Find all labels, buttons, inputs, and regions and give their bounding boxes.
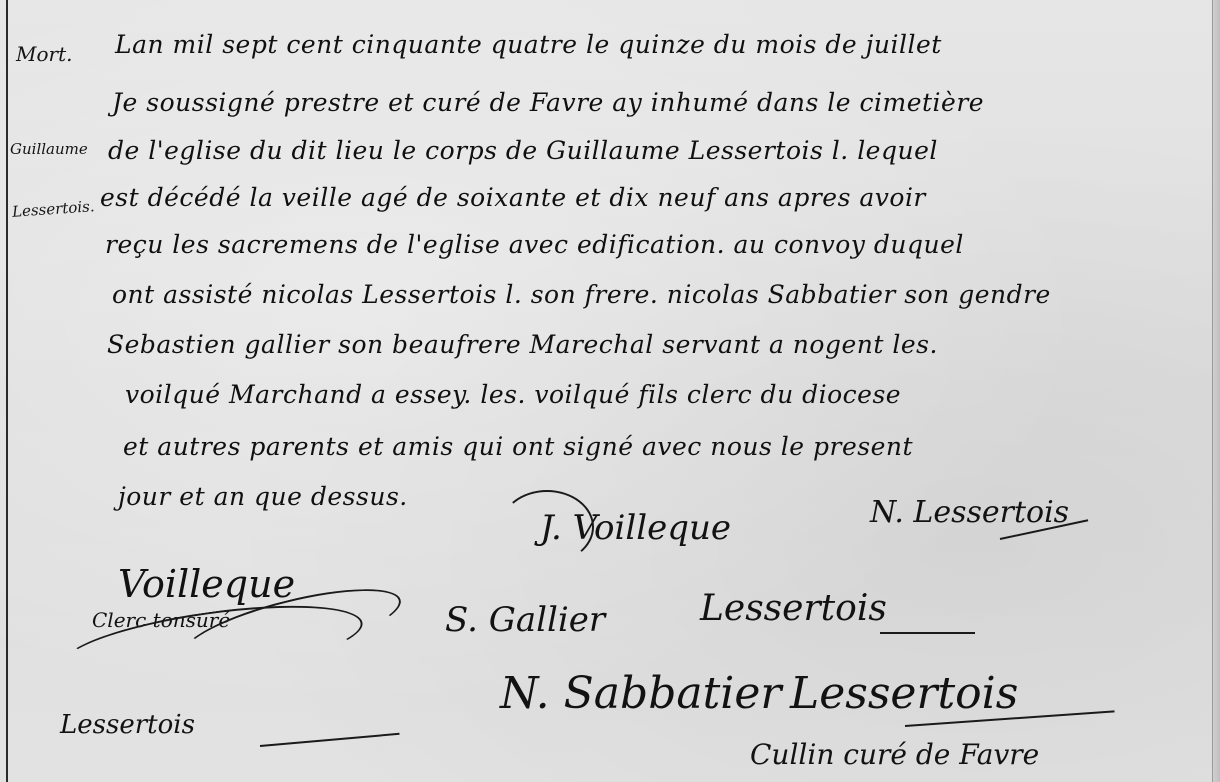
body-line: Sebastien gallier son beaufrere Marechal… [107,330,938,359]
margin-deceased-surname: Lessertois. [11,197,95,221]
signature-flourish [500,490,594,564]
body-line: reçu les sacremens de l'eglise avec edif… [105,230,964,259]
signature: N. Lessertois [870,495,1069,530]
signature-underline [880,632,975,634]
margin-entry-label: Mort. [16,42,72,66]
signature: Lessertois [700,588,887,629]
body-line: Je soussigné prestre et curé de Favre ay… [112,88,984,117]
body-line: Lan mil sept cent cinquante quatre le qu… [115,30,942,59]
body-line: de l'eglise du dit lieu le corps de Guil… [108,136,938,165]
signature: Cullin curé de Favre [750,738,1039,771]
scanned-register-page: Mort. Guillaume Lessertois. Lan mil sept… [0,0,1220,782]
signature: Voilleque [118,562,295,606]
body-line: et autres parents et amis qui ont signé … [123,432,913,461]
signature: Lessertois [60,710,195,740]
signature: Lessertois [790,668,1018,719]
margin-deceased-first-name: Guillaume [10,140,88,158]
body-line: ont assisté nicolas Lessertois l. son fr… [112,280,1051,309]
page-edge [1212,0,1220,782]
body-line: est décédé la veille agé de soixante et … [100,183,926,212]
signature: N. Sabbatier [500,668,781,719]
signature-underline [260,733,400,747]
margin-rule [6,0,8,782]
body-line: voilqué Marchand a essey. les. voilqué f… [125,380,901,409]
body-line: jour et an que dessus. [118,482,408,511]
signature: S. Gallier [445,600,605,640]
